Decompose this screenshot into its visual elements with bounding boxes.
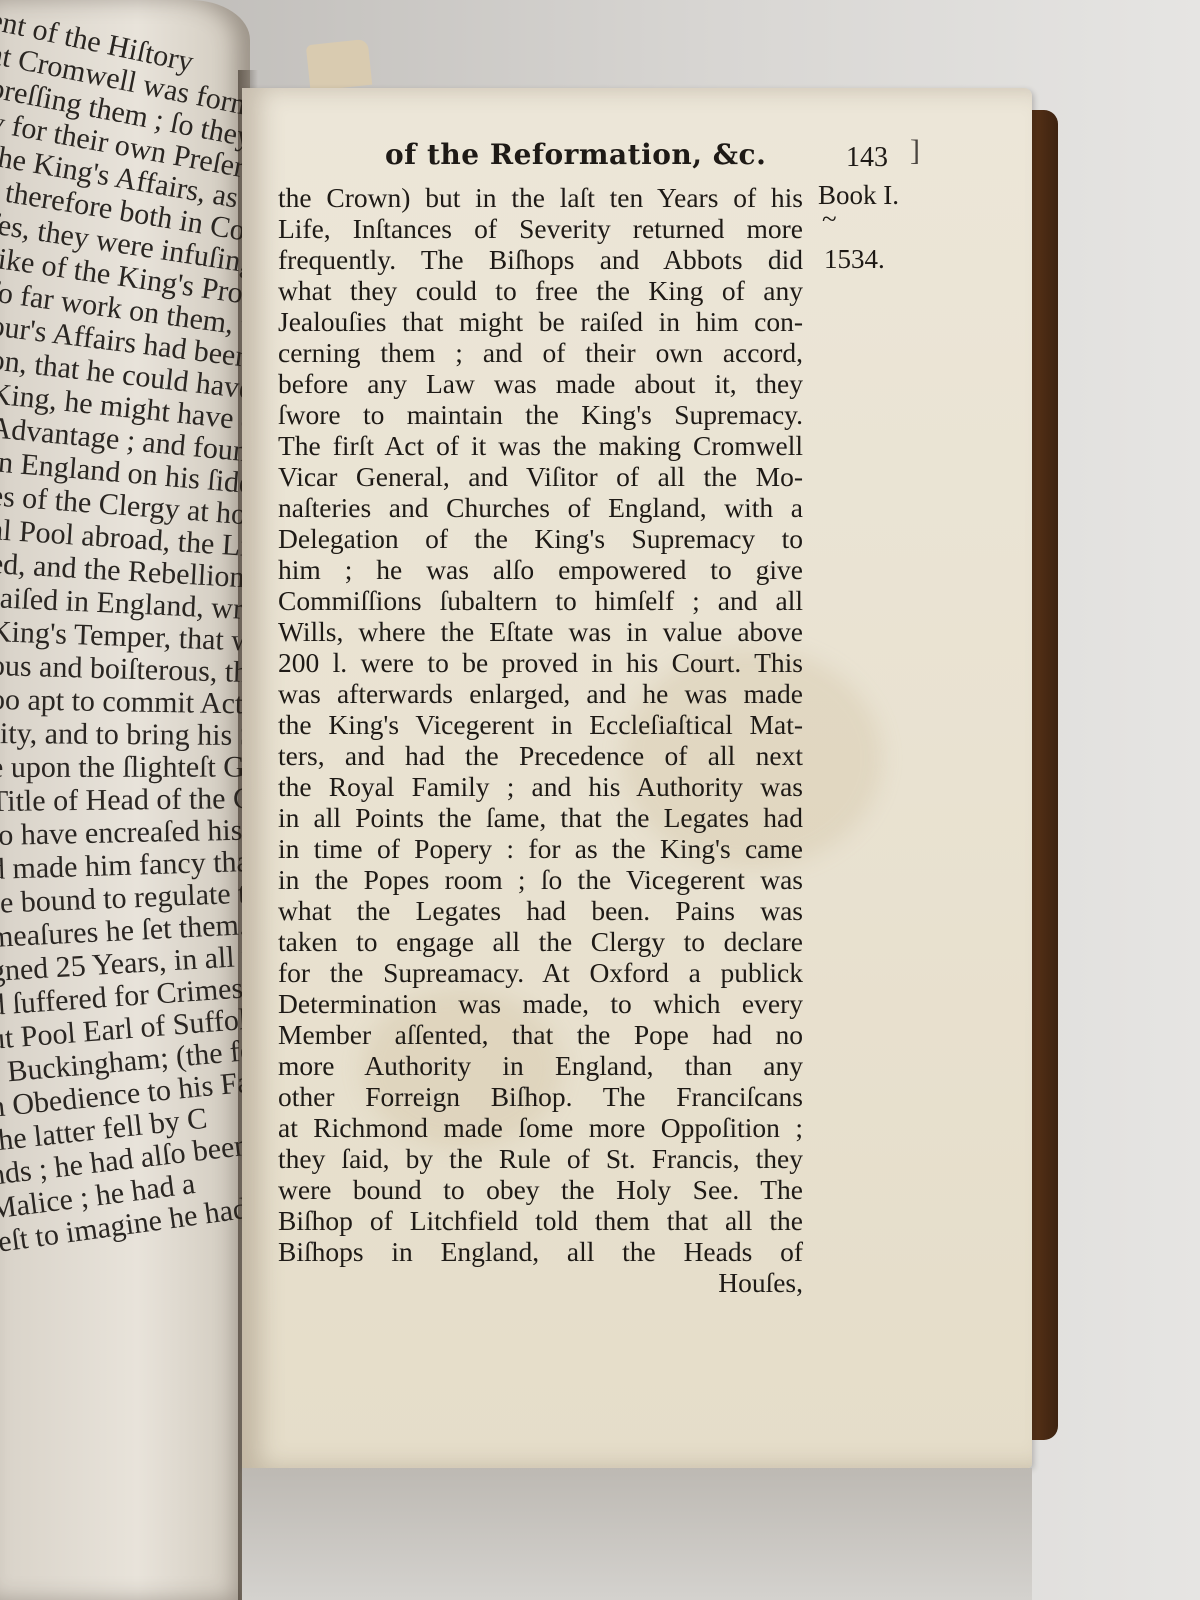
page-number: 143 — [846, 142, 888, 174]
text-line: they ſaid, by the Rule of St. Francis, t… — [278, 1143, 803, 1174]
text-line: in all Points the ſame, that the Legates… — [278, 802, 803, 833]
paper-tab — [306, 39, 372, 91]
text-line: Life, Inſtances of Severity returned mor… — [278, 213, 803, 244]
text-line: The firſt Act of it was the making Cromw… — [278, 430, 803, 461]
text-line: Wills, where the Eſtate was in value abo… — [278, 616, 803, 647]
body-text: the Crown) but in the laſt ten Years of … — [278, 182, 803, 1298]
text-line: were bound to obey the Holy See. The — [278, 1174, 803, 1205]
running-head: of the Reformation, &c. — [385, 138, 766, 171]
left-text-line: oo apt to commit Acts of — [0, 684, 250, 720]
text-line: the King's Vicegerent in Eccleſiaſtical … — [278, 709, 803, 740]
text-line: Biſhops in England, all the Heads of — [278, 1236, 803, 1267]
text-line: him ; he was alſo empowered to give — [278, 554, 803, 585]
text-line: for the Supreamacy. At Oxford a publick — [278, 957, 803, 988]
left-text-line: Title of Head of the C — [0, 783, 250, 817]
text-line: Jealouſies that might be raiſed in him c… — [278, 306, 803, 337]
left-text-line: rity, and to bring his Subje — [0, 718, 250, 751]
text-line: the Crown) but in the laſt ten Years of … — [278, 182, 803, 213]
text-line: naſteries and Churches of England, with … — [278, 492, 803, 523]
text-line: Member aſſented, that the Pope had no — [278, 1019, 803, 1050]
text-line: before any Law was made about it, they — [278, 368, 803, 399]
text-line: other Forreign Biſhop. The Franciſcans — [278, 1081, 803, 1112]
text-line: was afterwards enlarged, and he was made — [278, 678, 803, 709]
text-line: Biſhop of Litchfield told them that all … — [278, 1205, 803, 1236]
text-line: Vicar General, and Viſitor of all the Mo… — [278, 461, 803, 492]
text-line: taken to engage all the Clergy to declar… — [278, 926, 803, 957]
text-line: cerning them ; and of their own accord, — [278, 337, 803, 368]
margin-year: 1534. — [824, 244, 885, 275]
left-text-line: ous and boiſterous, that — [0, 650, 250, 688]
text-line: ſwore to maintain the King's Supremacy. — [278, 399, 803, 430]
page-bracket: ] — [910, 134, 920, 168]
text-line: what they could to free the King of any — [278, 275, 803, 306]
text-line: in the Popes room ; ſo the Vicegerent wa… — [278, 864, 803, 895]
text-line: Delegation of the King's Supremacy to — [278, 523, 803, 554]
surface — [242, 1468, 1032, 1600]
text-line: what the Legates had been. Pains was — [278, 895, 803, 926]
text-line: frequently. The Biſhops and Abbots did — [278, 244, 803, 275]
text-line: Determination was made, to which every — [278, 988, 803, 1019]
text-line: more Authority in England, than any — [278, 1050, 803, 1081]
left-page: ent of the Hiſtoryat Cromwell was formin… — [0, 0, 250, 1600]
text-line: at Richmond made ſome more Oppoſition ; — [278, 1112, 803, 1143]
text-line: 200 l. were to be proved in his Court. T… — [278, 647, 803, 678]
margin-flourish: ~ — [822, 204, 837, 235]
left-page-text: ent of the Hiſtoryat Cromwell was formin… — [0, 0, 250, 1259]
text-line: Commiſſions ſubaltern to himſelf ; and a… — [278, 585, 803, 616]
text-line: the Royal Family ; and his Authority was — [278, 771, 803, 802]
left-text-line: e upon the ſlighteſt Grou — [0, 752, 250, 783]
text-line: ters, and had the Precedence of all next — [278, 740, 803, 771]
catchword: Houſes, — [278, 1267, 803, 1298]
text-line: in time of Popery : for as the King's ca… — [278, 833, 803, 864]
